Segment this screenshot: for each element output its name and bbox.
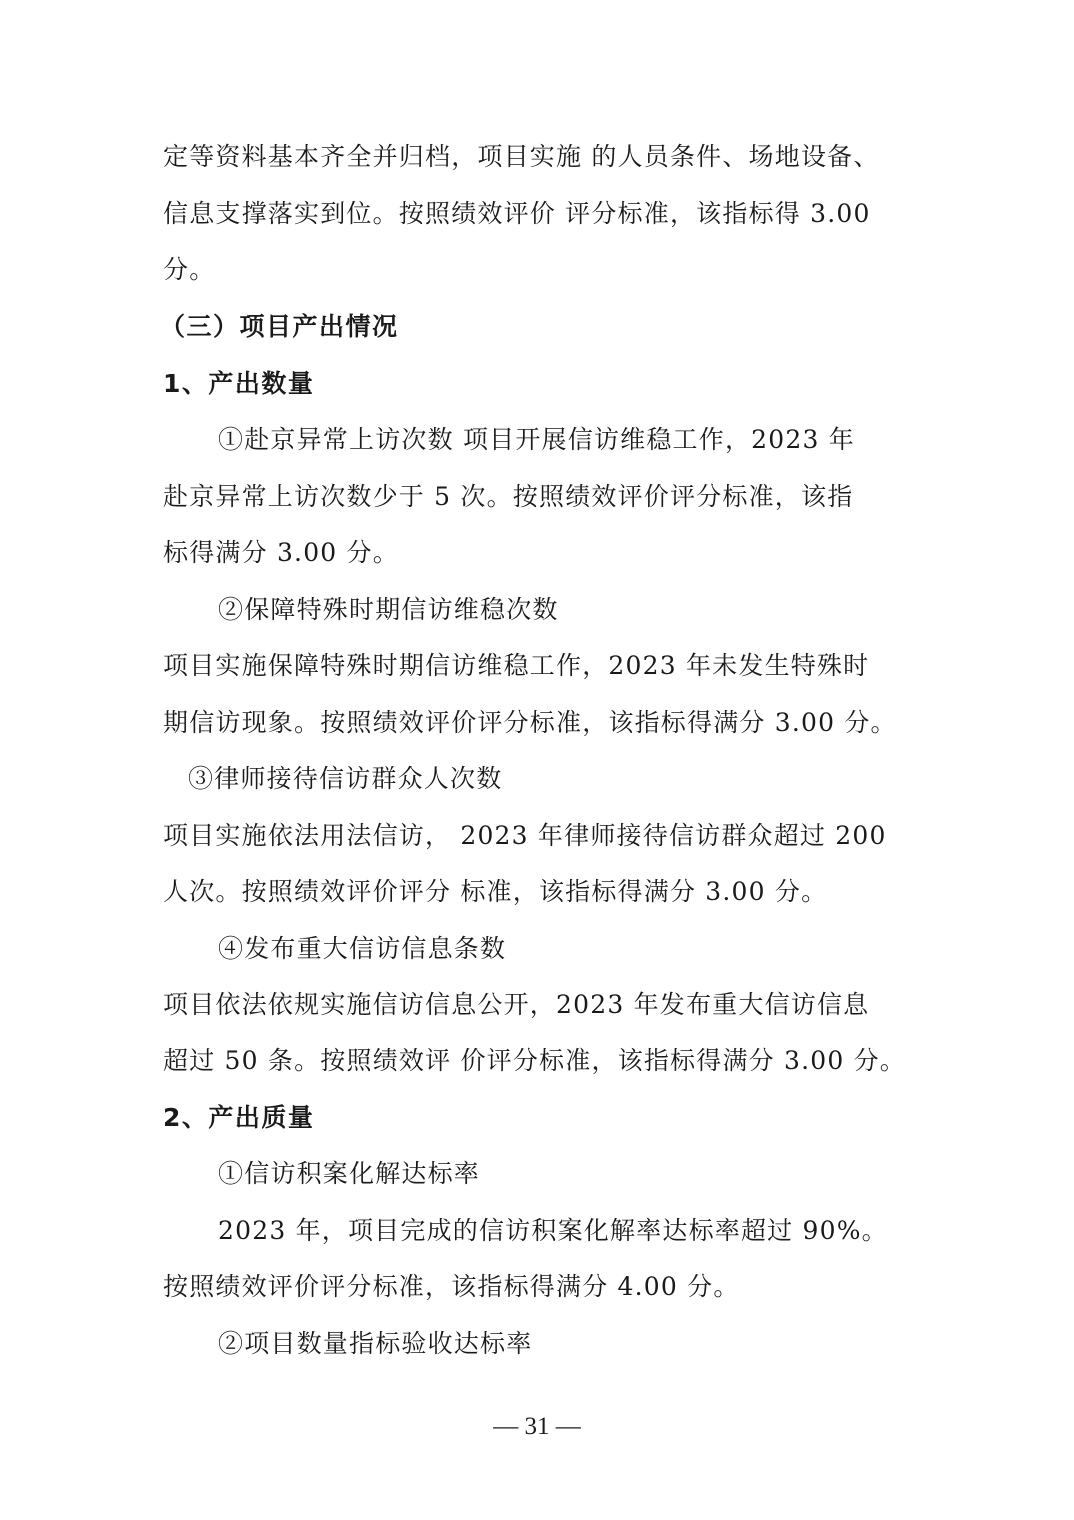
paragraph-line: 项目依法依规实施信访信息公开，2023 年发布重大信访信息 <box>163 989 943 1021</box>
paragraph-line: 赴京异常上访次数少于 5 次。按照绩效评价评分标准，该指 <box>163 481 943 513</box>
paragraph-line: 分。 <box>163 254 943 286</box>
paragraph-line: 超过 50 条。按照绩效评 价评分标准，该指标得满分 3.00 分。 <box>163 1045 943 1077</box>
paragraph-line: 期信访现象。按照绩效评价评分标准，该指标得满分 3.00 分。 <box>163 707 943 739</box>
paragraph-line: 信息支撑落实到位。按照绩效评价 评分标准，该指标得 3.00 <box>163 198 943 230</box>
subsection-heading: 1、产出数量 <box>163 368 943 400</box>
section-heading: （三）项目产出情况 <box>160 311 940 343</box>
paragraph-line: 按照绩效评价评分标准，该指标得满分 4.00 分。 <box>163 1271 943 1303</box>
paragraph-line: 2023 年，项目完成的信访积案化解率达标率超过 90%。 <box>218 1215 998 1247</box>
paragraph-line: 项目实施依法用法信访， 2023 年律师接待信访群众超过 200 <box>163 820 943 852</box>
paragraph-line: 标得满分 3.00 分。 <box>163 537 943 569</box>
indicator-title: ③律师接待信访群众人次数 <box>188 763 968 795</box>
paragraph-line: 定等资料基本齐全并归档，项目实施 的人员条件、场地设备、 <box>163 141 943 173</box>
page-number: — 31 — <box>0 1411 1074 1443</box>
indicator-title: ②保障特殊时期信访维稳次数 <box>218 594 998 626</box>
indicator-title: ②项目数量指标验收达标率 <box>218 1328 998 1360</box>
subsection-heading: 2、产出质量 <box>163 1102 943 1134</box>
paragraph-line: 人次。按照绩效评价评分 标准，该指标得满分 3.00 分。 <box>163 876 943 908</box>
indicator-title: ①信访积案化解达标率 <box>218 1158 998 1190</box>
indicator-title: ①赴京异常上访次数 项目开展信访维稳工作，2023 年 <box>218 424 998 456</box>
indicator-title: ④发布重大信访信息条数 <box>218 933 998 965</box>
paragraph-line: 项目实施保障特殊时期信访维稳工作，2023 年未发生特殊时 <box>163 650 943 682</box>
document-page: 定等资料基本齐全并归档，项目实施 的人员条件、场地设备、 信息支撑落实到位。按照… <box>0 0 1074 1520</box>
